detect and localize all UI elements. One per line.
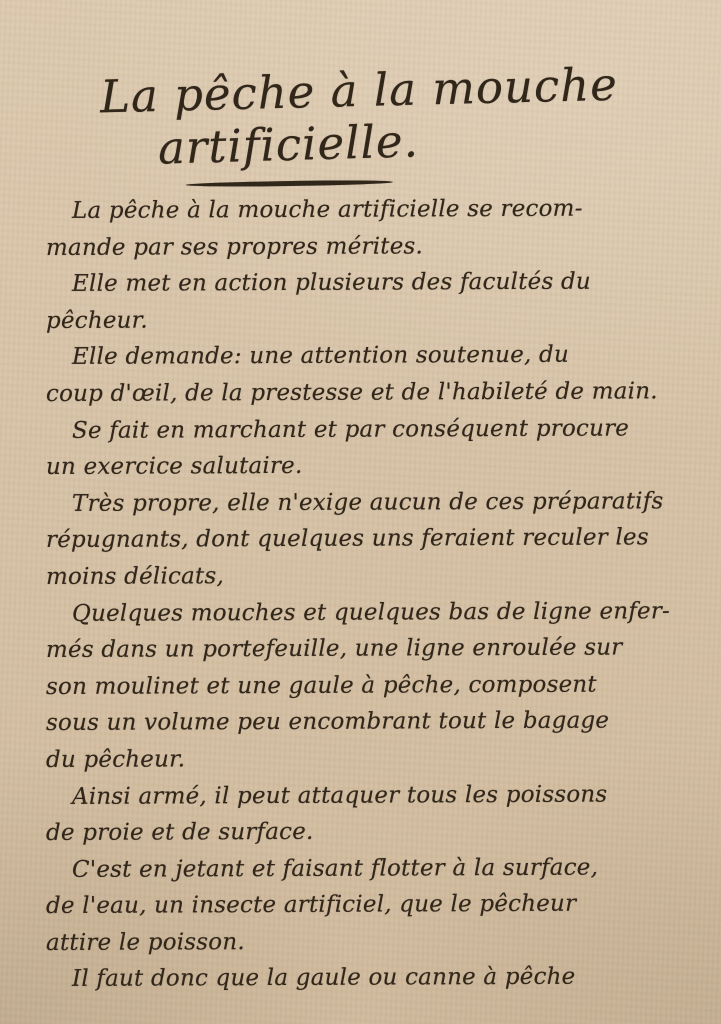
manuscript-line: sous un volume peu encombrant tout le ba… bbox=[46, 702, 706, 741]
manuscript-line: moins délicats, bbox=[46, 556, 706, 595]
manuscript-line: attire le poisson. bbox=[46, 922, 706, 961]
manuscript-line: C'est en jetant et faisant flotter à la … bbox=[46, 849, 706, 888]
manuscript-line: du pêcheur. bbox=[46, 739, 706, 778]
manuscript-line: Elle met en action plusieurs des faculté… bbox=[46, 263, 706, 302]
page-title-line-2: artificielle. bbox=[157, 114, 419, 174]
manuscript-line: un exercice salutaire. bbox=[46, 446, 706, 485]
manuscript-line: més dans un portefeuille, une ligne enro… bbox=[46, 629, 706, 668]
manuscript-line: de proie et de surface. bbox=[46, 812, 706, 851]
manuscript-line: Très propre, elle n'exige aucun de ces p… bbox=[46, 483, 706, 522]
manuscript-line: de l'eau, un insecte artificiel, que le … bbox=[46, 885, 706, 924]
manuscript-line: Il faut donc que la gaule ou canne à pêc… bbox=[46, 959, 706, 998]
manuscript-body: La pêche à la mouche artificielle se rec… bbox=[46, 193, 706, 998]
manuscript-line: Elle demande: une attention soutenue, du bbox=[46, 336, 706, 375]
manuscript-line: coup d'œil, de la prestesse et de l'habi… bbox=[46, 373, 706, 412]
manuscript-line: Quelques mouches et quelques bas de lign… bbox=[46, 593, 706, 632]
manuscript-line: Se fait en marchant et par conséquent pr… bbox=[46, 410, 706, 449]
manuscript-line: La pêche à la mouche artificielle se rec… bbox=[46, 190, 706, 229]
manuscript-line: pêcheur. bbox=[46, 300, 706, 339]
manuscript-line: son moulinet et une gaule à pêche, compo… bbox=[46, 666, 706, 705]
page-title-line-1: La pêche à la mouche bbox=[99, 58, 618, 124]
manuscript-line: Ainsi armé, il peut attaquer tous les po… bbox=[46, 776, 706, 815]
title-underline bbox=[186, 180, 393, 188]
manuscript-line: répugnants, dont quelques uns feraient r… bbox=[46, 519, 706, 558]
manuscript-line: mande par ses propres mérites. bbox=[46, 227, 706, 266]
manuscript-page: La pêche à la mouche artificielle. La pê… bbox=[0, 0, 721, 1024]
